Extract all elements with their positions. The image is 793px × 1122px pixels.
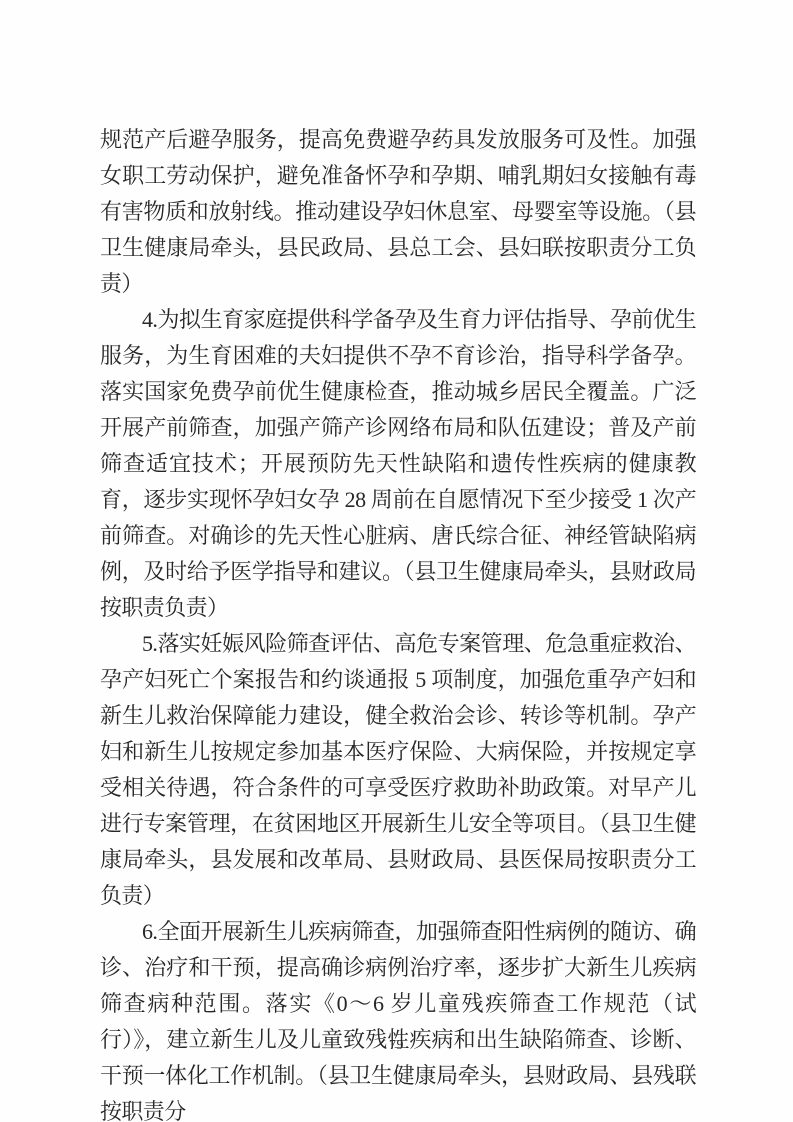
page-number: 79 [0,1038,793,1054]
paragraph-item-6: 6.全面开展新生儿疾病筛查，加强筛查阳性病例的随访、确诊、治疗和干预，提高确诊病… [100,914,696,1122]
paragraph-item-4: 4.为拟生育家庭提供科学备孕及生育力评估指导、孕前优生服务，为生育困难的夫妇提供… [100,302,696,626]
text-block: 规范产后避孕服务，提高免费避孕药具发放服务可及性。加强女职工劳动保护，避免准备怀… [100,122,696,1122]
paragraph-continuation: 规范产后避孕服务，提高免费避孕药具发放服务可及性。加强女职工劳动保护，避免准备怀… [100,122,696,302]
document-page: 规范产后避孕服务，提高免费避孕药具发放服务可及性。加强女职工劳动保护，避免准备怀… [0,0,793,1122]
paragraph-item-5: 5.落实妊娠风险筛查评估、高危专案管理、危急重症救治、孕产妇死亡个案报告和约谈通… [100,626,696,914]
